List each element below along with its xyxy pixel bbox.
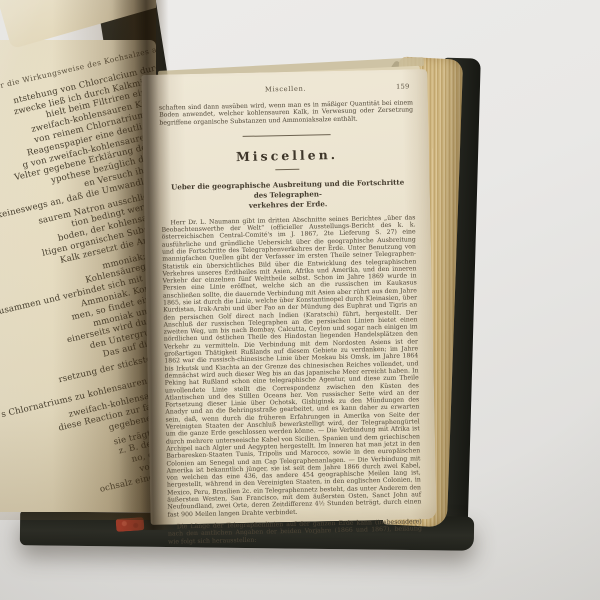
page-number: 159 — [396, 82, 410, 90]
left-page-area: über die Wirkungsweise des Kochsalzes al… — [0, 0, 156, 520]
book-photo: über die Wirkungsweise des Kochsalzes al… — [0, 0, 600, 600]
article-title: Ueber die geographische Ausbreitung und … — [171, 177, 405, 213]
right-page: Miscellen. 159 schaften sind dann ausübe… — [141, 69, 436, 525]
continuation-paragraph: schaften sind dann ausüben wird, wenn ma… — [159, 99, 413, 126]
right-running-header: Miscellen. — [265, 85, 306, 94]
section-heading: Miscellen. — [160, 145, 414, 165]
heading-divider — [275, 169, 299, 171]
right-page-header-row: Miscellen. 159 — [159, 82, 413, 95]
section-divider — [243, 134, 331, 137]
article-paragraph-1: Herr Dr. L. Naumann gibt im dritten Absc… — [161, 214, 421, 518]
